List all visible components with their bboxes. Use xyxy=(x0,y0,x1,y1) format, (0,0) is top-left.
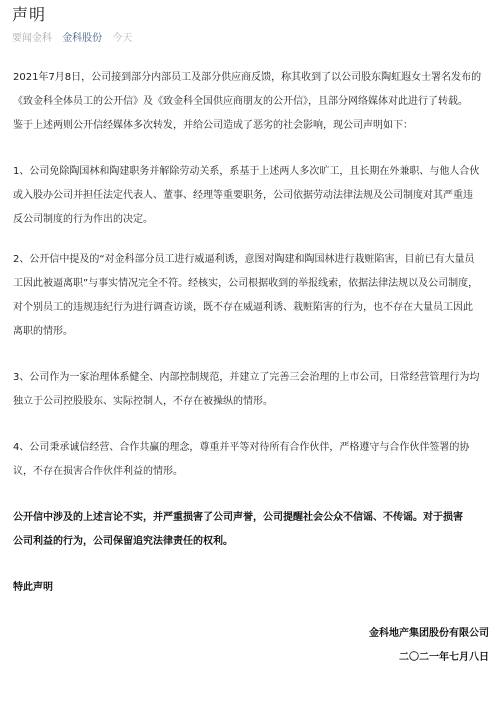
text-line: 1、公司免除陶国林和陶建职务并解除劳动关系，系基于上述两人多次旷工，且长期在外兼… xyxy=(13,160,491,184)
meta-time: 今天 xyxy=(112,33,132,44)
spacer xyxy=(13,138,491,160)
text-line: 《致金科全体员工的公开信》及《致金科全国供应商朋友的公开信》，且部分网络媒体对此… xyxy=(13,90,491,114)
text-line: 2、公开信中提及的“对金科部分员工进行威逼利诱，意图对陶建和陶国林进行栽赃陷害，… xyxy=(13,248,491,272)
text-line: 独立于公司控股股东、实际控制人，不存在被操纵的情形。 xyxy=(13,390,491,414)
signature-date: 二〇二一年七月八日 xyxy=(13,646,491,670)
spacer xyxy=(13,414,491,436)
article-body: 2021年7月8日，公司接到部分内部员工及部分供应商反馈，称其收到了以公司股东陶… xyxy=(13,66,491,670)
text-line: 或入股办公司并担任法定代表人、董事、经理等重要职务，公司依据劳动法律法规及公司制… xyxy=(13,184,491,208)
text-line: 公开信中涉及的上述言论不实，并严重损害了公司声誉，公司提醒社会公众不信谣、不传谣… xyxy=(13,506,491,530)
conclusion-paragraph: 公开信中涉及的上述言论不实，并严重损害了公司声誉，公司提醒社会公众不信谣、不传谣… xyxy=(13,506,491,554)
spacer xyxy=(13,232,491,248)
text-line: 议，不存在损害合作伙伴利益的情形。 xyxy=(13,460,491,484)
point-3: 3、公司作为一家治理体系健全、内部控制规范，并建立了完善三会治理的上市公司，日常… xyxy=(13,366,491,414)
article-title: 声明 xyxy=(12,2,488,28)
closing-statement: 特此声明 xyxy=(13,576,491,600)
text-line: 2021年7月8日，公司接到部分内部员工及部分供应商反馈，称其收到了以公司股东陶… xyxy=(13,66,491,90)
meta-author-link[interactable]: 金科股份 xyxy=(62,33,102,44)
text-line: 对个别员工的违规违纪行为进行调查访谈，既不存在威逼利诱、栽赃陷害的行为，也不存在… xyxy=(13,296,491,320)
text-line: 离职的情形。 xyxy=(13,320,491,344)
spacer xyxy=(13,600,491,622)
article-header: 声明 要闻金科 金科股份 今天 xyxy=(12,2,488,46)
text-line: 工因此被逼离职”与事实情况完全不符。经核实，公司根据收到的举报线索，依据法律法规… xyxy=(13,272,491,296)
text-line: 3、公司作为一家治理体系健全、内部控制规范，并建立了完善三会治理的上市公司，日常… xyxy=(13,366,491,390)
point-2: 2、公开信中提及的“对金科部分员工进行威逼利诱，意图对陶建和陶国林进行栽赃陷害，… xyxy=(13,248,491,344)
spacer xyxy=(13,344,491,366)
meta-source: 要闻金科 xyxy=(12,33,52,44)
text-line: 公司利益的行为，公司保留追究法律责任的权利。 xyxy=(13,530,491,554)
intro-paragraph-2: 鉴于上述两则公开信经媒体多次转发，并给公司造成了恶劣的社会影响，现公司声明如下： xyxy=(13,114,491,138)
signature-company: 金科地产集团股份有限公司 xyxy=(13,622,491,646)
intro-paragraph: 2021年7月8日，公司接到部分内部员工及部分供应商反馈，称其收到了以公司股东陶… xyxy=(13,66,491,114)
point-1: 1、公司免除陶国林和陶建职务并解除劳动关系，系基于上述两人多次旷工，且长期在外兼… xyxy=(13,160,491,232)
article-meta: 要闻金科 金科股份 今天 xyxy=(12,32,488,46)
spacer xyxy=(13,484,491,506)
text-line: 4、公司秉承诚信经营、合作共赢的理念，尊重并平等对待所有合作伙伴，严格遵守与合作… xyxy=(13,436,491,460)
text-line: 反公司制度的行为作出的决定。 xyxy=(13,208,491,232)
point-4: 4、公司秉承诚信经营、合作共赢的理念，尊重并平等对待所有合作伙伴，严格遵守与合作… xyxy=(13,436,491,484)
spacer xyxy=(13,554,491,576)
